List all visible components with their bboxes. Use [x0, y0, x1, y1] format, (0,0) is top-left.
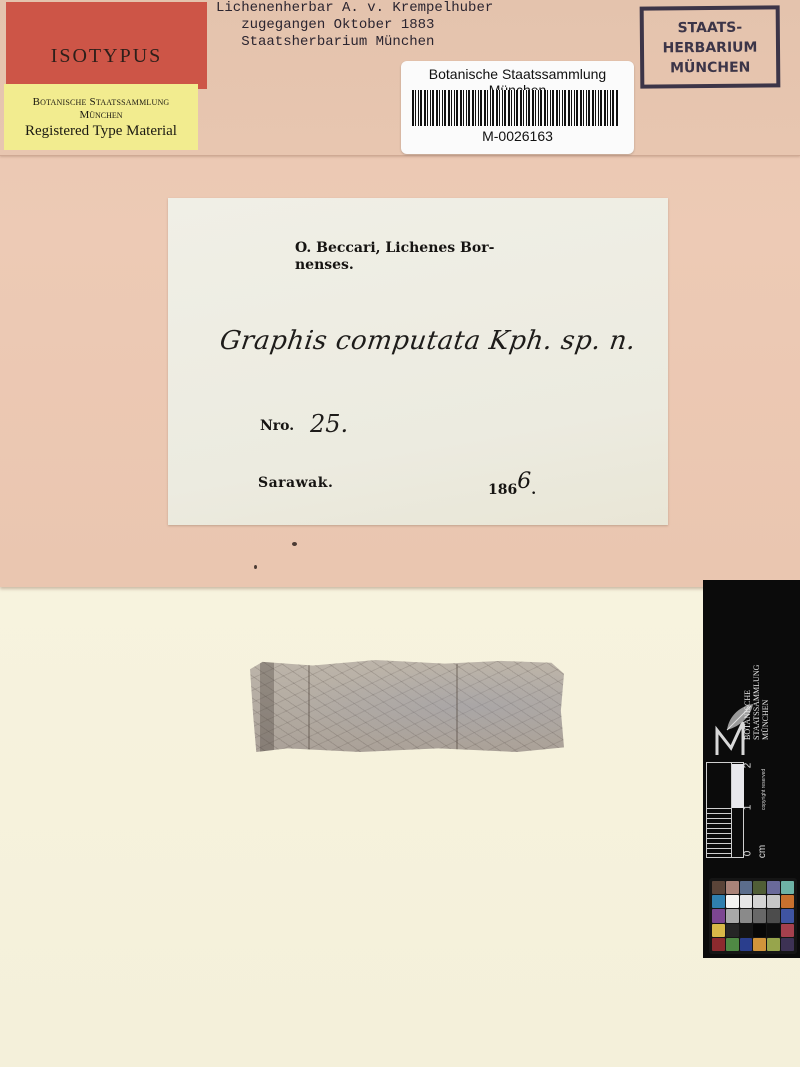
color-swatch: [781, 938, 794, 951]
typed-line-2: zugegangen Oktober 1883: [216, 17, 493, 34]
color-swatch: [726, 909, 739, 922]
color-swatch: [726, 881, 739, 894]
stamp-line-1: STAATS-: [644, 17, 776, 38]
collector-line-1: O. Beccari, Lichenes Bor-: [295, 240, 565, 257]
year-handwritten: 6: [517, 469, 531, 494]
locality: Sarawak.: [258, 475, 333, 491]
typed-line-1: Lichenenherbar A. v. Krempelhuber: [216, 0, 493, 17]
scale-divider: [731, 762, 732, 858]
copyright-text: copyright reserved: [761, 769, 767, 810]
color-swatch: [740, 895, 753, 908]
collection-year: 1866.: [488, 475, 536, 500]
scale-white-block: [732, 764, 744, 808]
registered-type-material-label: Botanische Staatssammlung München Regist…: [4, 84, 198, 150]
mm-ticks: [707, 808, 731, 856]
herbarium-sheet: [0, 585, 800, 1067]
color-swatch: [712, 881, 725, 894]
color-swatch: [781, 924, 794, 937]
unit-label: cm: [757, 845, 768, 858]
specimen-dark-edge: [260, 660, 274, 752]
color-swatch: [767, 924, 780, 937]
color-swatch: [753, 881, 766, 894]
specimen-seam: [456, 664, 458, 750]
brand-line-3: München: [761, 620, 770, 740]
rtm-city: München: [4, 109, 198, 121]
color-swatch: [767, 895, 780, 908]
year-suffix: .: [531, 482, 536, 498]
tick-0: 0: [742, 851, 753, 857]
color-swatch: [781, 881, 794, 894]
color-swatch: [712, 909, 725, 922]
ink-spot: [254, 565, 257, 569]
ink-spot: [292, 542, 297, 546]
isotypus-text: ISOTYPUS: [51, 45, 163, 68]
color-swatch: [740, 881, 753, 894]
number-prefix: Nro.: [260, 418, 294, 434]
ruler-brand-text: Botanische Staatssammlung München: [743, 620, 770, 740]
color-swatch: [781, 909, 794, 922]
lichen-specimen-bark: [250, 660, 564, 752]
isotypus-label: ISOTYPUS: [6, 2, 207, 89]
color-swatch: [767, 909, 780, 922]
year-printed: 186: [488, 482, 517, 498]
specimen-capsule: ISOTYPUS Botanische Staatssammlung Münch…: [0, 0, 800, 587]
brand-line-2: Staatssammlung: [752, 620, 761, 740]
color-swatch: [781, 895, 794, 908]
rtm-title: Registered Type Material: [4, 123, 198, 140]
cm-scale: [706, 762, 744, 858]
stamp-line-3: MÜNCHEN: [644, 57, 776, 78]
color-swatch: [740, 924, 753, 937]
number-value: 25.: [310, 410, 348, 438]
tick-2: 2: [742, 763, 753, 769]
color-swatch: [726, 938, 739, 951]
color-swatch: [726, 895, 739, 908]
herbarium-stamp: STAATS- HERBARIUM MÜNCHEN: [640, 5, 781, 88]
barcode-id: M-0026163: [401, 128, 634, 144]
barcode-label: Botanische Staatssammlung München M-0026…: [401, 61, 634, 154]
collector-line-2: nenses.: [295, 257, 565, 274]
barcode-icon: [412, 90, 618, 126]
color-swatch: [712, 895, 725, 908]
rtm-institution: Botanische Staatssammlung: [4, 96, 198, 108]
color-calibration-chart: [709, 878, 797, 954]
color-swatch: [740, 938, 753, 951]
typed-line-3: Staatsherbarium München: [216, 34, 493, 51]
collector-heading: O. Beccari, Lichenes Bor- nenses.: [295, 240, 565, 274]
typed-provenance: Lichenenherbar A. v. Krempelhuber zugega…: [216, 0, 493, 51]
color-swatch: [753, 924, 766, 937]
stamp-line-2: HERBARIUM: [644, 37, 776, 58]
color-swatch: [712, 938, 725, 951]
taxon-name-handwritten: Graphis computata Kph. sp. n.: [218, 326, 638, 356]
original-specimen-label: O. Beccari, Lichenes Bor- nenses. Graphi…: [168, 198, 668, 525]
color-swatch: [726, 924, 739, 937]
specimen-seam: [308, 664, 310, 750]
color-swatch: [767, 938, 780, 951]
color-swatch: [712, 924, 725, 937]
color-swatch: [753, 909, 766, 922]
tick-1: 1: [742, 805, 753, 811]
color-swatch: [753, 938, 766, 951]
color-swatch: [740, 909, 753, 922]
color-swatch: [753, 895, 766, 908]
brand-line-1: Botanische: [743, 620, 752, 740]
color-swatch: [767, 881, 780, 894]
scale-bar-color-chart: Botanische Staatssammlung München 2 1 0 …: [703, 580, 800, 958]
